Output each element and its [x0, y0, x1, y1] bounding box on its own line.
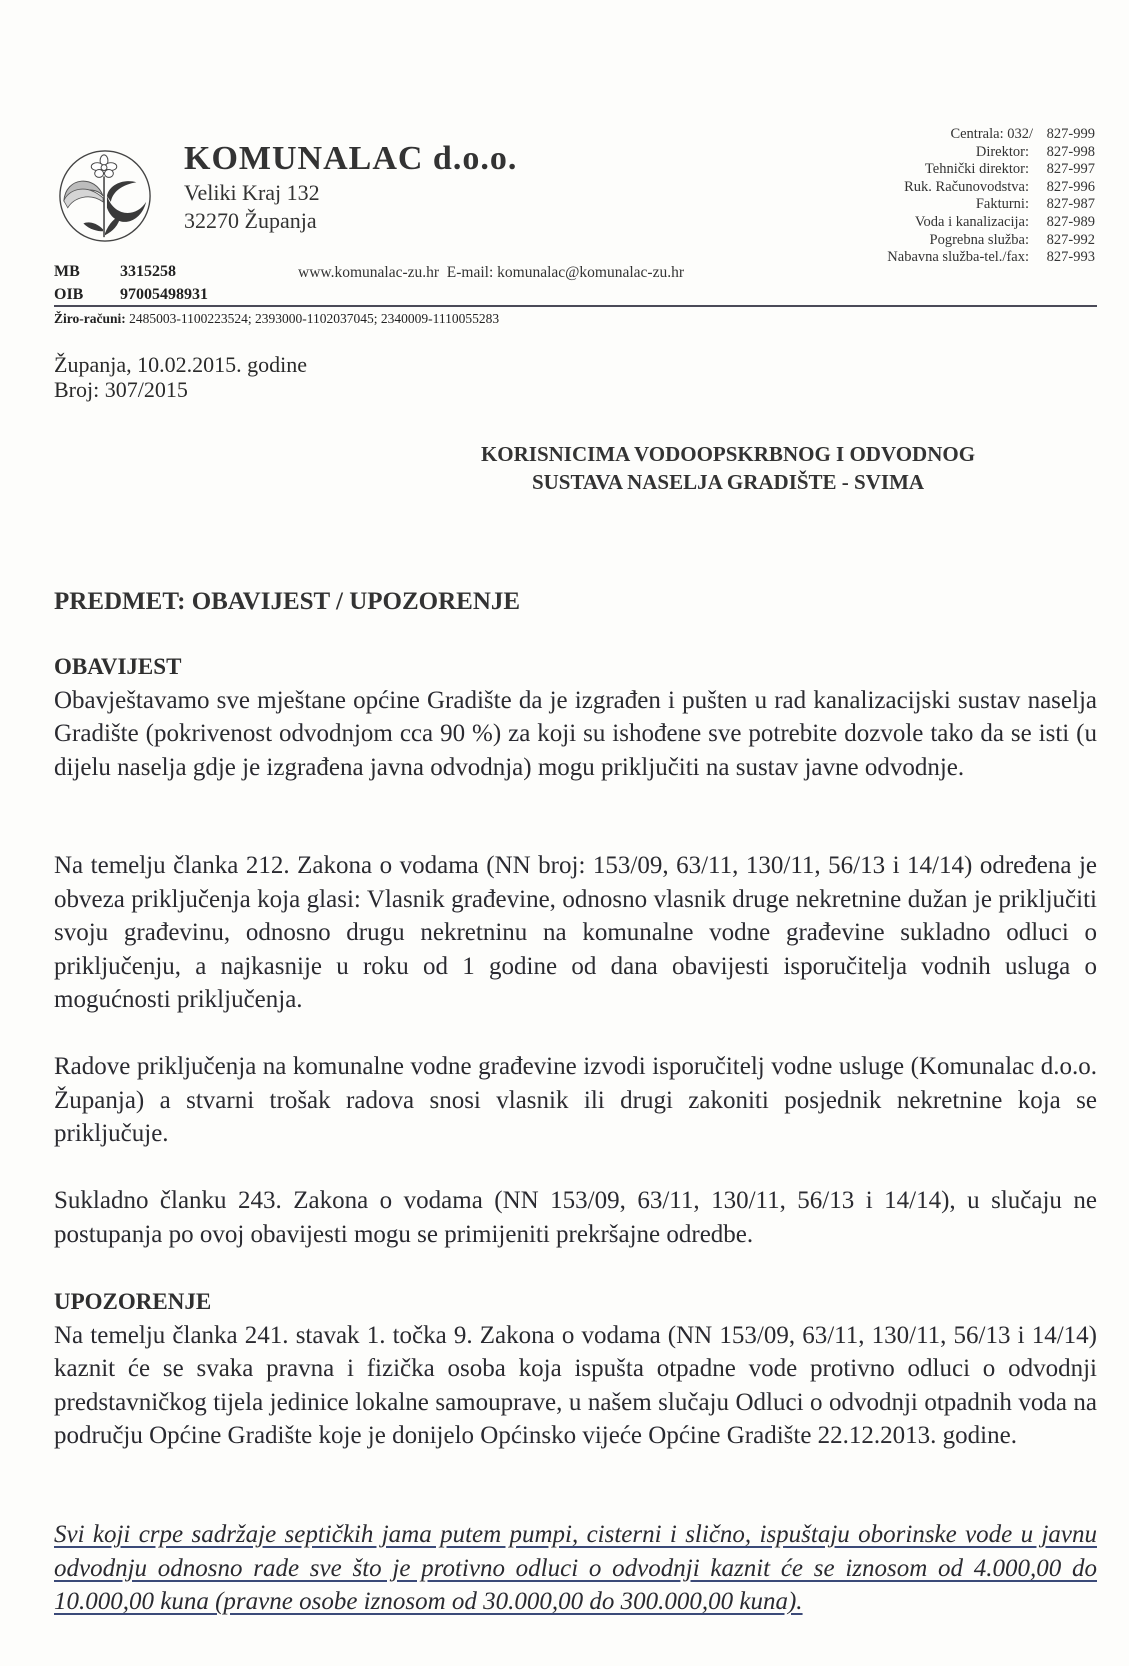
recipient-line-2: SUSTAVA NASELJA GRADIŠTE - SVIMA — [432, 468, 1024, 496]
place-date: Županja, 10.02.2015. godine — [54, 352, 307, 377]
warning-heading: UPOZORENJE — [54, 1285, 1097, 1319]
contact-number: 827-993 — [1037, 249, 1095, 267]
notice-paragraph-2: Na temelju članka 212. Zakona o vodama (… — [54, 849, 1097, 1017]
flower-logo-icon — [56, 147, 154, 245]
contact-row: Tehnički direktor:827-997 — [887, 161, 1095, 179]
contact-number: 827-997 — [1037, 161, 1095, 179]
bank-accounts: Žiro-računi: 2485003-1100223524; 2393000… — [54, 311, 499, 327]
penalty-notice-block: Svi koji crpe sadržaje septičkih jama pu… — [54, 1518, 1097, 1619]
notice-paragraph-4: Sukladno članku 243. Zakona o vodama (NN… — [54, 1184, 1097, 1251]
contact-label: Pogrebna služba: — [887, 232, 1037, 250]
contact-directory: Centrala: 032/827-999Direktor:827-998Teh… — [887, 126, 1095, 267]
oib-label: OIB — [54, 286, 120, 304]
notice-paragraph-1: Obavještavamo sve mještane općine Gradiš… — [54, 684, 1097, 785]
contact-number: 827-987 — [1037, 196, 1095, 214]
document-meta: Županja, 10.02.2015. godine Broj: 307/20… — [54, 352, 307, 402]
contact-row: Centrala: 032/827-999 — [887, 126, 1095, 144]
contact-row: Ruk. Računovodstva:827-996 — [887, 179, 1095, 197]
oib-registration: OIB97005498931 — [54, 286, 208, 304]
notice-paragraph-3: Radove priključenja na komunalne vodne g… — [54, 1050, 1097, 1151]
contact-row: Fakturni:827-987 — [887, 196, 1095, 214]
notice-paragraph-2-block: Na temelju članka 212. Zakona o vodama (… — [54, 849, 1097, 1017]
contact-row: Pogrebna služba:827-992 — [887, 232, 1095, 250]
contact-number: 827-996 — [1037, 179, 1095, 197]
company-address-city: 32270 Županja — [184, 208, 317, 234]
contact-row: Voda i kanalizacija:827-989 — [887, 214, 1095, 232]
contact-row: Nabavna služba-tel./fax:827-993 — [887, 249, 1095, 267]
subject-line: PREDMET: OBAVIJEST / UPOZORENJE — [54, 588, 520, 616]
notice-heading: OBAVIJEST — [54, 650, 1097, 684]
notice-section: OBAVIJEST Obavještavamo sve mještane opć… — [54, 650, 1097, 784]
contact-label: Voda i kanalizacija: — [887, 214, 1037, 232]
reference-number: Broj: 307/2015 — [54, 377, 307, 402]
recipient-block: KORISNICIMA VODOOPSKRBNOG I ODVODNOG SUS… — [432, 440, 1024, 496]
recipient-line-1: KORISNICIMA VODOOPSKRBNOG I ODVODNOG — [432, 440, 1024, 468]
contact-number: 827-999 — [1037, 126, 1095, 144]
letterhead-divider — [54, 305, 1097, 307]
contact-label: Fakturni: — [887, 196, 1037, 214]
notice-paragraph-4-block: Sukladno članku 243. Zakona o vodama (NN… — [54, 1184, 1097, 1251]
penalty-notice: Svi koji crpe sadržaje septičkih jama pu… — [54, 1518, 1097, 1619]
notice-paragraph-3-block: Radove priključenja na komunalne vodne g… — [54, 1050, 1097, 1151]
company-name: KOMUNALAC d.o.o. — [184, 140, 517, 178]
mb-registration: MB3315258 — [54, 263, 176, 281]
contact-label: Tehnički direktor: — [887, 161, 1037, 179]
contact-label: Ruk. Računovodstva: — [887, 179, 1037, 197]
bank-accounts-value: 2485003-1100223524; 2393000-1102037045; … — [129, 311, 499, 326]
warning-section: UPOZORENJE Na temelju članka 241. stavak… — [54, 1285, 1097, 1453]
website-link[interactable]: www.komunalac-zu.hr — [298, 264, 439, 281]
contact-label: Nabavna služba-tel./fax: — [887, 249, 1037, 267]
contact-number: 827-998 — [1037, 144, 1095, 162]
contact-number: 827-992 — [1037, 232, 1095, 250]
email-link[interactable]: komunalac@komunalac-zu.hr — [497, 264, 684, 281]
company-logo — [56, 147, 154, 245]
contact-label: Centrala: 032/ — [887, 126, 1037, 144]
contact-label: Direktor: — [887, 144, 1037, 162]
contact-number: 827-989 — [1037, 214, 1095, 232]
oib-value: 97005498931 — [120, 286, 208, 303]
contact-row: Direktor:827-998 — [887, 144, 1095, 162]
mb-label: MB — [54, 263, 120, 281]
email-label: E-mail: — [447, 264, 494, 281]
web-contact: www.komunalac-zu.hr E-mail: komunalac@ko… — [298, 264, 684, 282]
mb-value: 3315258 — [120, 263, 176, 280]
warning-paragraph: Na temelju članka 241. stavak 1. točka 9… — [54, 1319, 1097, 1453]
bank-accounts-label: Žiro-računi: — [54, 311, 126, 326]
company-address-street: Veliki Kraj 132 — [184, 180, 320, 206]
